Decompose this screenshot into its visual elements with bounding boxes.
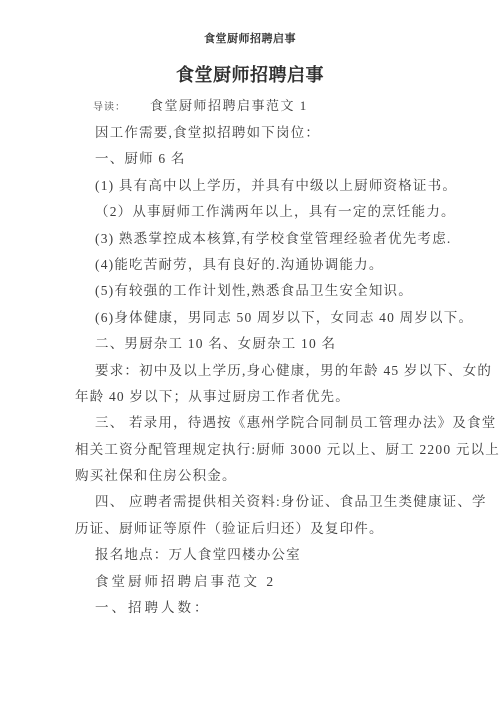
text-line: 相关工资分配管理规定执行:厨师 3000 元以上、厨工 2200 元以上， bbox=[75, 437, 445, 463]
document-page: 食堂厨师招聘启事 食堂厨师招聘启事 导读：食堂厨师招聘启事范文 1 因工作需要,… bbox=[0, 0, 500, 708]
lead-row: 导读：食堂厨师招聘启事范文 1 bbox=[93, 97, 500, 115]
text-line: (6)身体健康，男同志 50 周岁以下，女同志 40 周岁以下。 bbox=[75, 305, 445, 331]
text-line: 一、招聘人数： bbox=[75, 595, 445, 621]
text-line: （2）从事厨师工作满两年以上，具有一定的烹饪能力。 bbox=[75, 199, 445, 225]
text-line: 报名地点：万人食堂四楼办公室 bbox=[75, 542, 445, 568]
text-line: (3) 熟悉掌控成本核算,有学校食堂管理经验者优先考虑. bbox=[75, 226, 445, 252]
document-body: 因工作需要,食堂拟招聘如下岗位：一、厨师 6 名(1) 具有高中以上学历，并具有… bbox=[75, 120, 445, 621]
running-header-title: 食堂厨师招聘启事 bbox=[0, 0, 500, 46]
text-line: 历证、厨师证等原件（验证后归还）及复印件。 bbox=[75, 516, 445, 542]
lead-text: 食堂厨师招聘启事范文 1 bbox=[150, 98, 308, 113]
lead-label: 导读： bbox=[93, 102, 126, 113]
text-line: 因工作需要,食堂拟招聘如下岗位： bbox=[75, 120, 445, 146]
text-line: (5)有较强的工作计划性,熟悉食品卫生安全知识。 bbox=[75, 278, 445, 304]
text-line: 购买社保和住房公积金。 bbox=[75, 463, 445, 489]
text-line: 二、男厨杂工 10 名、女厨杂工 10 名 bbox=[75, 331, 445, 357]
text-line: 一、厨师 6 名 bbox=[75, 146, 445, 172]
text-line: (4)能吃苦耐劳，具有良好的.沟通协调能力。 bbox=[75, 252, 445, 278]
text-line: 食堂厨师招聘启事范文 2 bbox=[75, 569, 445, 595]
document-title: 食堂厨师招聘启事 bbox=[0, 61, 500, 87]
text-line: 年龄 40 岁以下；从事过厨房工作者优先。 bbox=[75, 384, 445, 410]
text-line: 要求：初中及以上学历,身心健康，男的年龄 45 岁以下、女的 bbox=[75, 358, 445, 384]
text-line: 四、 应聘者需提供相关资料:身份证、食品卫生类健康证、学 bbox=[75, 489, 445, 515]
text-line: 三、 若录用，待遇按《惠州学院合同制员工管理办法》及食堂 bbox=[75, 410, 445, 436]
text-line: (1) 具有高中以上学历，并具有中级以上厨师资格证书。 bbox=[75, 173, 445, 199]
